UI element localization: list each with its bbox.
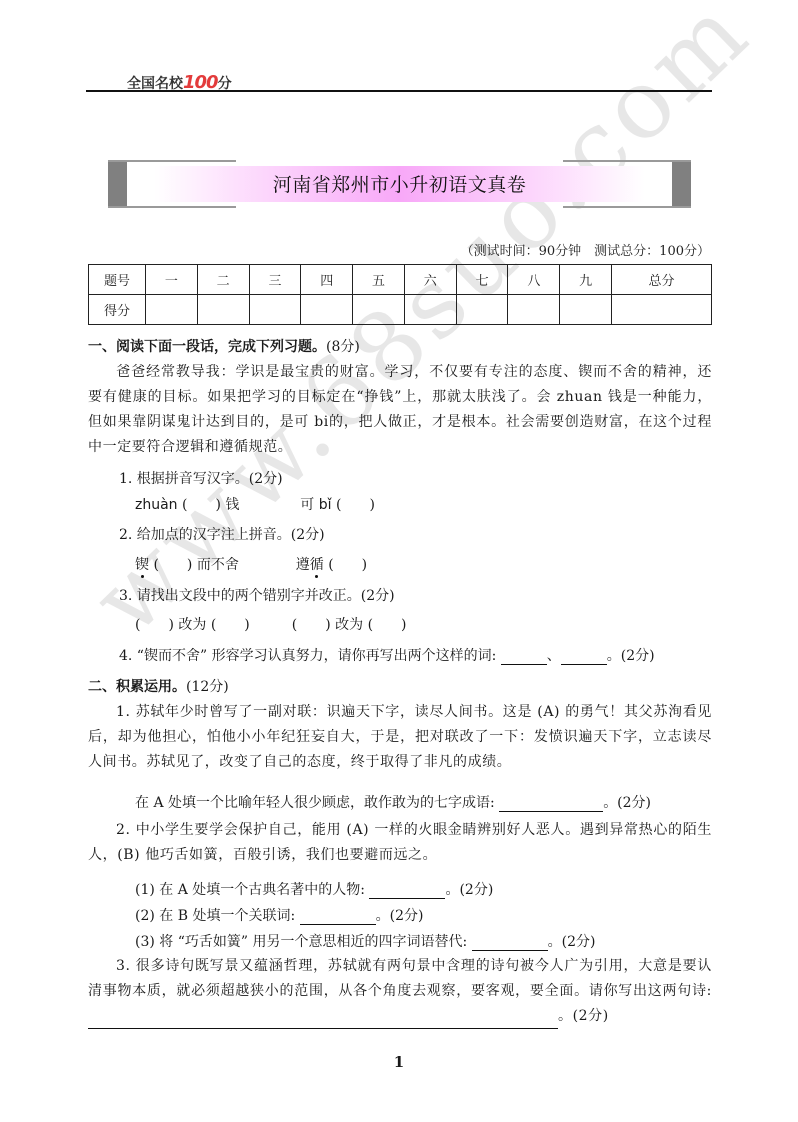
- dotted-char: 锲: [135, 557, 149, 573]
- score-cell[interactable]: [560, 295, 612, 325]
- dotted-char: 循: [310, 557, 324, 573]
- header-divider: [86, 90, 712, 92]
- answer-blank[interactable]: ( ): [336, 497, 375, 513]
- test-meta: （测试时间：90分钟 测试总分：100分）: [461, 240, 710, 259]
- table-header-cell: 一: [146, 265, 198, 295]
- banner-line: [563, 206, 691, 208]
- question-3-label: 3. 请找出文段中的两个错别字并改正。(2分): [119, 585, 395, 605]
- score-cell[interactable]: [353, 295, 405, 325]
- answer-blank[interactable]: [561, 651, 607, 665]
- section-title: 一、阅读下面一段话，完成下列习题。: [88, 339, 326, 355]
- table-header-cell: 题号: [89, 265, 146, 295]
- table-header-cell: 七: [456, 265, 508, 295]
- table-header-cell: 九: [560, 265, 612, 295]
- table-header-cell: 总分: [612, 265, 712, 295]
- table-header-cell: 三: [249, 265, 301, 295]
- pinyin: zhuàn: [135, 497, 178, 513]
- score-table: 题号 一 二 三 四 五 六 七 八 九 总分 得分: [88, 264, 712, 325]
- table-header-cell: 四: [301, 265, 353, 295]
- table-header-cell: 六: [404, 265, 456, 295]
- passage-text: 爸爸经常教导我：学识是最宝贵的财富。学习，不仅要有专注的态度、锲而不舍的精神，还…: [88, 364, 712, 455]
- table-row: 题号 一 二 三 四 五 六 七 八 九 总分: [89, 265, 712, 295]
- prompt-text: (2) 在 B 处填一个关联词:: [135, 908, 295, 924]
- question-1-items: zhuàn ( ) 钱 可 bǐ ( ): [135, 494, 375, 514]
- table-header-cell: 二: [197, 265, 249, 295]
- prompt-text: (3) 将 “巧舌如簧” 用另一个意思相近的四字词语替代:: [135, 934, 467, 950]
- section-2-q2-sub3: (3) 将 “巧舌如簧” 用另一个意思相近的四字词语替代: 。(2分): [135, 931, 596, 951]
- question-3-answer[interactable]: ( ) 改为 ( ) ( ) 改为 ( ): [135, 614, 407, 634]
- score-cell[interactable]: [612, 295, 712, 325]
- passage-text: 2. 中小学生要学会保护自己，能用 (A) 一样的火眼金睛辨别好人恶人。遇到异常…: [88, 822, 712, 863]
- section-1-heading: 一、阅读下面一段话，完成下列习题。(8分): [88, 340, 360, 354]
- section-2-q1-passage: 1. 苏轼年少时曾写了一副对联：识遍天下字，读尽人间书。这是 (A) 的勇气！其…: [88, 700, 712, 775]
- score-cell[interactable]: [249, 295, 301, 325]
- separator: 、: [547, 648, 561, 664]
- table-header-cell: 五: [353, 265, 405, 295]
- score-cell[interactable]: [301, 295, 353, 325]
- section-2-q1-prompt: 在 A 处填一个比喻年轻人很少顾虑，敢作敢为的七字成语: 。(2分): [135, 792, 651, 812]
- question-4-label: 4. “锲而不舍” 形容学习认真努力，请你再写出两个这样的词:: [119, 648, 496, 664]
- prompt-text: (1) 在 A 处填一个古典名著中的人物:: [135, 882, 365, 898]
- question-2-label: 2. 给加点的汉字注上拼音。(2分): [119, 524, 325, 544]
- answer-blank[interactable]: [88, 1015, 558, 1029]
- section-2-q3-passage: 3. 很多诗句既写景又蕴涵哲理，苏轼就有两句景中含理的诗句被今人广为引用，大意是…: [88, 954, 712, 1029]
- question-points: 。(2分): [548, 934, 596, 950]
- score-cell[interactable]: [456, 295, 508, 325]
- section-2-q2-sub2: (2) 在 B 处填一个关联词: 。(2分): [135, 905, 423, 925]
- table-row: 得分: [89, 295, 712, 325]
- passage-text: 3. 很多诗句既写景又蕴涵哲理，苏轼就有两句景中含理的诗句被今人广为引用，大意是…: [88, 958, 712, 999]
- section-points: (12分): [186, 679, 229, 695]
- item-text: 而不舍: [197, 557, 239, 573]
- answer-blank[interactable]: ( ): [153, 557, 192, 573]
- question-points: 。(2分): [558, 1008, 609, 1024]
- question-points: 。(2分): [603, 795, 651, 811]
- answer-blank[interactable]: [499, 798, 603, 812]
- answer-blank[interactable]: [300, 911, 376, 925]
- question-points: 。(2分): [607, 648, 655, 664]
- section-2-heading: 二、积累运用。(12分): [88, 680, 229, 694]
- section-2-q2-sub1: (1) 在 A 处填一个古典名著中的人物: 。(2分): [135, 879, 493, 899]
- score-cell[interactable]: [404, 295, 456, 325]
- answer-blank[interactable]: ( ): [182, 497, 221, 513]
- section-1-passage: 爸爸经常教导我：学识是最宝贵的财富。学习，不仅要有专注的态度、锲而不舍的精神，还…: [88, 360, 712, 460]
- score-cell[interactable]: [146, 295, 198, 325]
- item-text: 可: [300, 497, 314, 513]
- passage-text: 1. 苏轼年少时曾写了一副对联：识遍天下字，读尽人间书。这是 (A) 的勇气！其…: [88, 704, 712, 770]
- question-points: 。(2分): [445, 882, 493, 898]
- pinyin: bǐ: [319, 497, 332, 513]
- title-banner: 河南省郑州市小升初语文真卷: [108, 160, 691, 208]
- score-cell[interactable]: [197, 295, 249, 325]
- banner-line: [108, 206, 236, 208]
- answer-blank[interactable]: [501, 651, 547, 665]
- banner-line: [563, 160, 691, 162]
- table-header-cell: 八: [508, 265, 560, 295]
- banner-line: [108, 160, 236, 162]
- page-number: 1: [0, 1053, 798, 1071]
- section-points: (8分): [326, 339, 360, 355]
- answer-blank[interactable]: ( ): [328, 557, 367, 573]
- item-text: 钱: [225, 497, 239, 513]
- score-cell[interactable]: [508, 295, 560, 325]
- answer-blank[interactable]: [472, 937, 548, 951]
- question-1-label: 1. 根据拼音写汉字。(2分): [119, 468, 283, 488]
- question-2-items: 锲 ( ) 而不舍 遵循 ( ): [135, 554, 367, 574]
- prompt-text: 在 A 处填一个比喻年轻人很少顾虑，敢作敢为的七字成语:: [135, 795, 495, 811]
- section-title: 二、积累运用。: [88, 679, 186, 695]
- question-4: 4. “锲而不舍” 形容学习认真努力，请你再写出两个这样的词: 、。(2分): [119, 645, 655, 665]
- item-text: 遵: [296, 557, 310, 573]
- question-points: 。(2分): [376, 908, 424, 924]
- page-title: 河南省郑州市小升初语文真卷: [108, 170, 691, 197]
- section-2-q2-passage: 2. 中小学生要学会保护自己，能用 (A) 一样的火眼金睛辨别好人恶人。遇到异常…: [88, 818, 712, 868]
- table-row-label: 得分: [89, 295, 146, 325]
- answer-blank[interactable]: [369, 885, 445, 899]
